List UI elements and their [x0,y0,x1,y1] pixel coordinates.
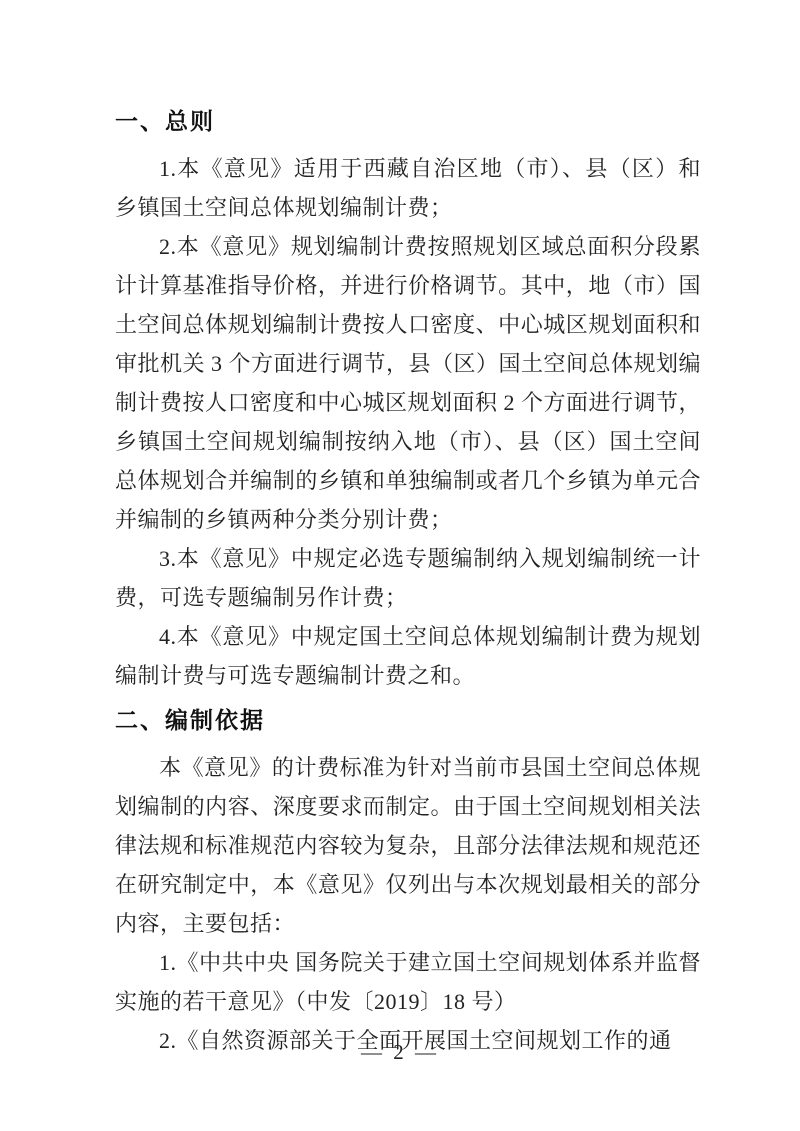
document-content: 一、总则 1.本《意见》适用于西藏自治区地（市）、县（区）和乡镇国土空间总体规划… [115,96,701,1060]
section-heading-compilation-basis: 二、编制依据 [115,701,701,740]
paragraph-fee-sum: 4.本《意见》中规定国土空间总体规划编制计费为规划编制计费与可选专题编制计费之和… [115,617,701,695]
paragraph-scope: 1.本《意见》适用于西藏自治区地（市）、县（区）和乡镇国土空间总体规划编制计费； [115,149,701,227]
section-heading-general-rules: 一、总则 [115,102,701,141]
page-number: — 2 — [0,1040,800,1065]
document-page: 一、总则 1.本《意见》适用于西藏自治区地（市）、县（区）和乡镇国土空间总体规划… [0,0,800,1131]
list-item-reference-1: 1.《中共中央 国务院关于建立国土空间规划体系并监督实施的若干意见》（中发〔20… [115,943,701,1021]
paragraph-required-topics: 3.本《意见》中规定必选专题编制纳入规划编制统一计费，可选专题编制另作计费； [115,539,701,617]
paragraph-fee-calculation: 2.本《意见》规划编制计费按照规划区域总面积分段累计计算基准指导价格，并进行价格… [115,227,701,539]
paragraph-basis-intro: 本《意见》的计费标准为针对当前市县国土空间总体规划编制的内容、深度要求而制定。由… [115,748,701,943]
